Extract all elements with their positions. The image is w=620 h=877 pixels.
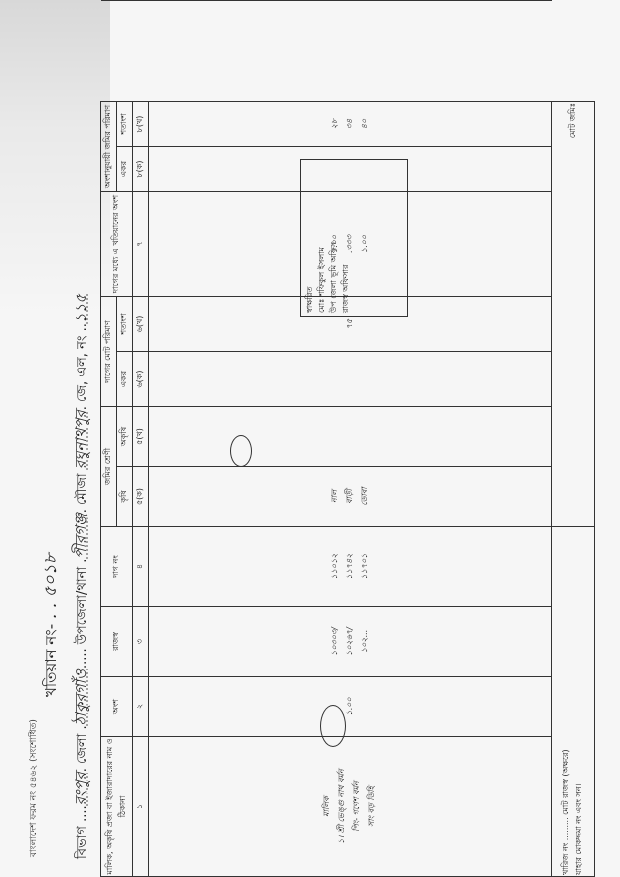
class-agri-cell: নাল বাড়ী ডোবা	[149, 467, 552, 527]
col-owner: মালিক, অকৃষি প্রজা বা ইজারাদারের নাম ও ঠ…	[101, 737, 133, 877]
col-plot: দাগ নং	[101, 527, 133, 607]
plot-cell: ১১০১২ ১১৭৪২ ১১৭০১	[149, 527, 552, 607]
signature-loop	[320, 705, 346, 747]
revenue-cell: ১০৩০৩/ ১০২৬৭/ ১০২...	[149, 607, 552, 677]
khatian-title: খতিয়ান নং- . . ৫০১৮	[38, 553, 66, 697]
khatian-number: ৫০১৮	[41, 553, 61, 597]
acre-share-cell: ২৮ ৩৪ ৪০	[149, 101, 552, 146]
col-land-class: জমির শ্রেণী	[101, 407, 117, 527]
scan-shadow	[0, 0, 110, 317]
mouza-value: রঘুনাথপুর	[72, 410, 90, 469]
owner-cell: মালিক ১। শ্রী ভেঙ্গু নাথ বর্মন পিং- গণেশ…	[149, 737, 552, 877]
district-value: ঠাকুরগাঁও	[72, 669, 90, 725]
footer-note: খারিজ নং ......... মোট রাজস্ব (অক্ষরে) য…	[552, 527, 595, 877]
col-share: অংশ	[101, 677, 133, 737]
header-fields: বিভাগ ....রংপুর. জেলা .ঠাকুরগাঁও..... উপ…	[70, 294, 95, 859]
upazila-value: পীরগঞ্জ	[72, 513, 90, 558]
form-id: বাংলাদেশ ফরম নং ৫৪৬২ (সংশোধিত)	[26, 719, 41, 857]
col-revenue: রাজস্ব	[101, 607, 133, 677]
col-khatian-share: দাগের মধ্যে এ খতিয়ানের অংশ	[101, 192, 133, 297]
signature-loop	[230, 435, 252, 467]
col-total-area: দাগের মোট পরিমাণ	[101, 297, 117, 407]
khatian-table: মালিক, অকৃষি প্রজা বা ইজারাদারের নাম ও ঠ…	[100, 0, 595, 877]
jl-no-value: ১১৫	[72, 294, 90, 323]
share-cell: ১.০০	[149, 677, 552, 737]
officer-stamp: স্বাক্ষরিত মোঃ শফিকুল ইসলাম উপ জেলা ভূমি…	[300, 159, 408, 317]
col-share-area: অংশানুযায়ী জমির পরিমাণ	[101, 101, 117, 191]
division-value: রংপুর	[72, 772, 90, 805]
rotated-khatian-sheet: বাংলাদেশ ফরম নং ৫৪৬২ (সংশোধিত) খতিয়ান ন…	[0, 0, 620, 877]
total-land: মোট জমিঃ	[552, 101, 595, 526]
